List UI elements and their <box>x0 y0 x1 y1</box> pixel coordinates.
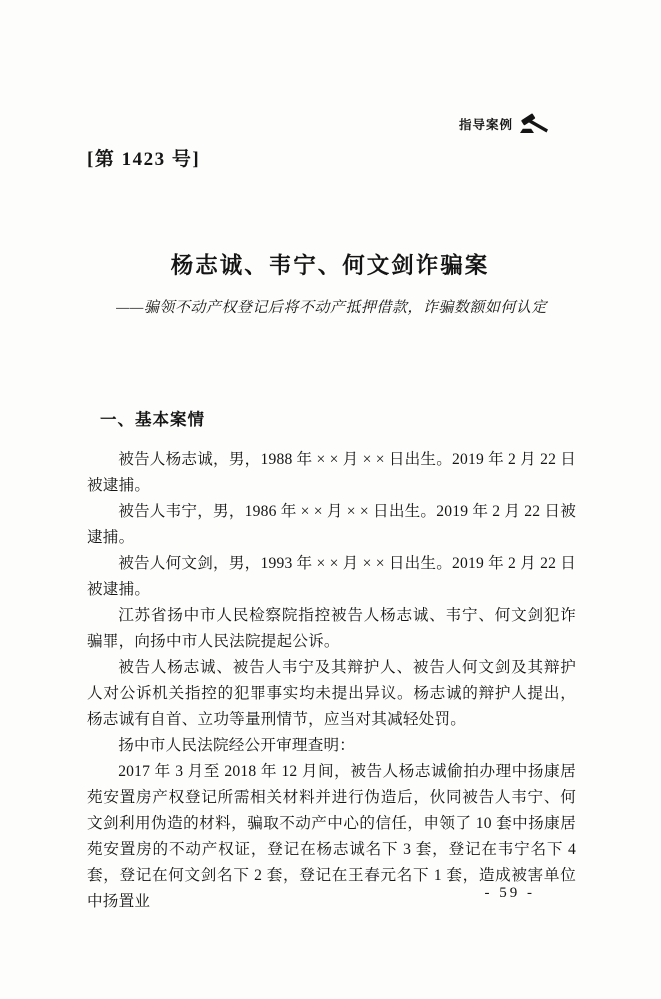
body-paragraph: 被告人杨志诚，男，1988 年 × × 月 × × 日出生。2019 年 2 月… <box>87 447 576 499</box>
gavel-icon <box>519 112 549 135</box>
body-paragraph: 被告人韦宁，男，1986 年 × × 月 × × 日出生。2019 年 2 月 … <box>87 499 576 551</box>
page-number: - 59 - <box>485 885 536 902</box>
body-paragraph: 被告人杨志诚、被告人韦宁及其辩护人、被告人何文剑及其辩护人对公诉机关指控的犯罪事… <box>87 655 576 733</box>
case-body: 一、基本案情 被告人杨志诚，男，1988 年 × × 月 × × 日出生。201… <box>87 409 576 915</box>
case-title: 杨志诚、韦宁、何文剑诈骗案 <box>70 248 590 280</box>
document-page: 指导案例 [第 1423 号] 杨志诚、韦宁、何文剑诈骗案 ——骗领不动产权登记… <box>0 0 661 999</box>
case-number: [第 1423 号] <box>87 144 200 171</box>
section-heading: 一、基本案情 <box>100 409 576 431</box>
case-subtitle: ——骗领不动产权登记后将不动产抵押借款，诈骗数额如何认定 <box>87 296 576 317</box>
body-paragraph: 扬中市人民法院经公开审理查明： <box>87 733 576 759</box>
page-header: 指导案例 <box>459 112 549 135</box>
header-label: 指导案例 <box>459 115 513 133</box>
body-paragraph: 被告人何文剑，男，1993 年 × × 月 × × 日出生。2019 年 2 月… <box>87 551 576 603</box>
body-paragraph: 江苏省扬中市人民检察院指控被告人杨志诚、韦宁、何文剑犯诈骗罪，向扬中市人民法院提… <box>87 603 576 655</box>
